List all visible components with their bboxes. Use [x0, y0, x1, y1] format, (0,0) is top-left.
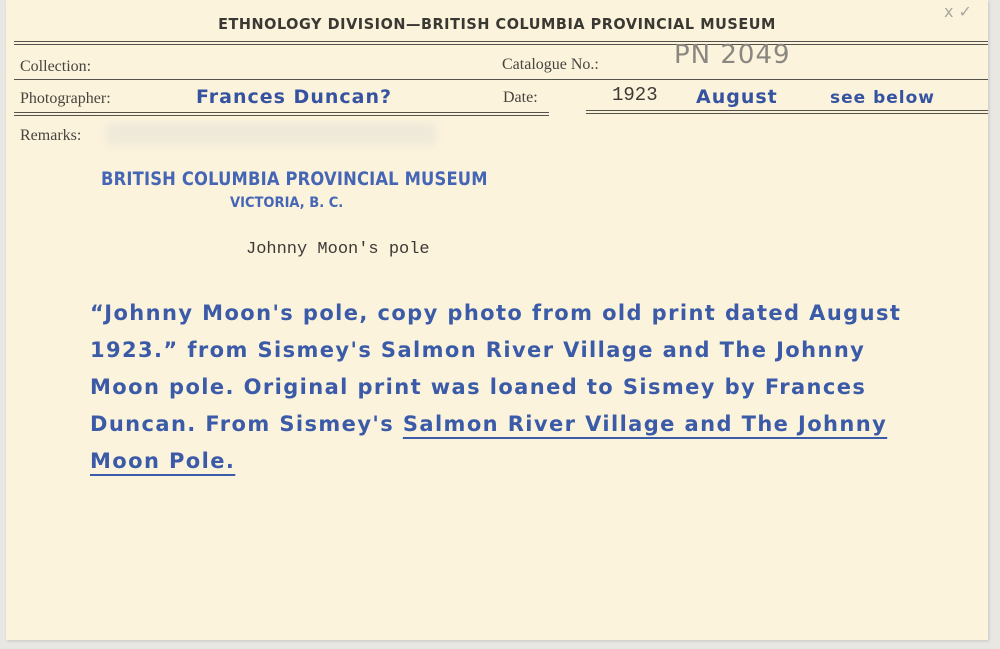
divider: [14, 112, 549, 113]
divider: [14, 115, 549, 116]
card-header-title: ETHNOLOGY DIVISION—BRITISH COLUMBIA PROV…: [40, 15, 953, 33]
catalogue-number: PN 2049: [674, 40, 791, 70]
remarks-label: Remarks:: [20, 127, 81, 145]
divider: [14, 44, 988, 45]
erased-area: [106, 123, 436, 145]
date-label: Date:: [503, 89, 538, 107]
divider: [14, 41, 988, 42]
divider: [586, 110, 988, 111]
divider: [586, 113, 988, 114]
photographer-label: Photographer:: [20, 90, 111, 108]
divider: [14, 79, 988, 80]
museum-stamp-name: BRITISH COLUMBIA PROVINCIAL MUSEUM: [101, 168, 488, 190]
date-year: 1923: [612, 84, 658, 106]
date-month: August: [696, 86, 778, 108]
date-note: see below: [830, 88, 935, 108]
handwritten-remarks: “Johnny Moon's pole, copy photo from old…: [90, 295, 910, 480]
photographer-value: Frances Duncan?: [196, 86, 392, 108]
catalogue-card: x ✓ ETHNOLOGY DIVISION—BRITISH COLUMBIA …: [6, 0, 988, 640]
collection-label: Collection:: [20, 58, 91, 76]
museum-stamp-location: VICTORIA, B. C.: [230, 195, 343, 211]
catalogue-label: Catalogue No.:: [502, 56, 599, 74]
typed-title: Johnny Moon's pole: [246, 240, 430, 259]
